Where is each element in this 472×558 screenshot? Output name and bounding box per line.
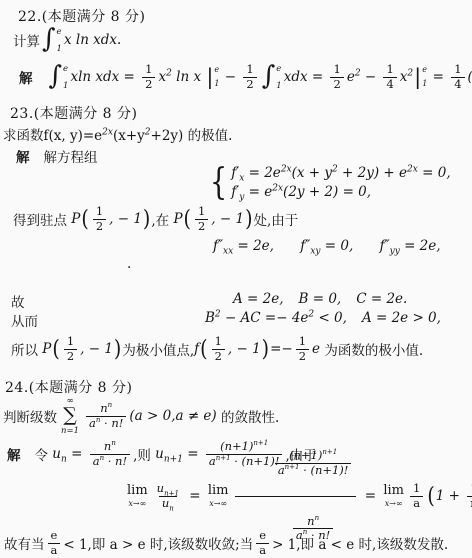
right-paren-icon: ) xyxy=(262,336,269,362)
math-text: (e xyxy=(468,69,472,85)
summation-sign: ∞ ∑ n=1 xyxy=(61,396,79,436)
math-text: u xyxy=(52,446,61,462)
left-paren-icon: ( xyxy=(200,336,207,362)
limit-operator: lim x→∞ xyxy=(127,484,148,508)
integral-sign: ∫ e 1 xyxy=(42,26,62,54)
fraction: (n+1)n+1 an+1 · (n+1)! xyxy=(275,449,352,478)
scanned-math-solutions-page: 22.(本题满分 8 分) 计算 ∫ e 1 x ln xdx. 解 ∫ e 1… xyxy=(0,0,472,558)
bar-limits: e 1 xyxy=(214,65,219,89)
math-text: , − 1 xyxy=(80,341,113,357)
integral-lower-limit: 1 xyxy=(57,45,62,54)
solution-label: 解 xyxy=(19,67,33,87)
q22-prompt-text: 计算 xyxy=(13,30,40,50)
fraction-denominator: 2 xyxy=(296,349,309,364)
fraction-numerator: 1 xyxy=(383,63,396,77)
fraction-denominator: 2 xyxy=(212,349,225,364)
math-text: xdx = xyxy=(284,69,328,85)
right-paren-icon: ) xyxy=(245,206,252,232)
cjk-text: 得到驻点 xyxy=(13,209,71,229)
fraction-denominator: n xyxy=(467,496,472,511)
sigma-icon: ∑ xyxy=(63,406,77,426)
cjk-text: < 1,即 a > e 时,该级数收敛;当 xyxy=(63,533,253,553)
math-text: − xyxy=(361,69,381,85)
math-text: e xyxy=(312,341,324,357)
math-text: ln x xyxy=(172,69,206,85)
math-text: A = 2e, xyxy=(233,291,284,307)
fraction-numerator: 1 xyxy=(64,335,77,349)
math-text: = 2e xyxy=(244,165,280,181)
bar-upper-limit: e xyxy=(214,66,219,74)
lim-text: lim xyxy=(383,484,404,499)
math-text: C = 2e. xyxy=(356,291,407,307)
cjk-text: 处,由于 xyxy=(253,209,298,229)
q23-second-derivatives: f″xx = 2e, f″xy = 0, f″yy = 2e, xyxy=(213,238,441,254)
math-text: = xyxy=(183,446,203,462)
fraction: 1 2 xyxy=(330,63,343,92)
math-text: f″ xyxy=(300,238,310,254)
cjk-text: ,在 xyxy=(151,209,173,229)
math-text: xln xdx = xyxy=(70,69,139,85)
fraction: un+1 un xyxy=(154,482,182,511)
bar-icon: | xyxy=(414,67,421,88)
superscript: 2x xyxy=(102,128,113,138)
solution-label: 解 xyxy=(16,150,30,166)
q23-solution-intro: 解解方程组 xyxy=(16,146,98,166)
integral-limits: e 1 xyxy=(56,26,62,54)
fraction-numerator: e xyxy=(48,529,61,543)
math-text: u xyxy=(157,481,164,495)
fraction-numerator: (n+1)n+1 xyxy=(286,449,340,463)
q23-prompt-text: (x+y xyxy=(113,128,145,144)
bar-lower-limit: 1 xyxy=(422,80,427,88)
left-brace-icon: { xyxy=(210,161,227,203)
fraction-denominator: un xyxy=(159,496,177,511)
math-text: P xyxy=(173,211,182,227)
integral-limits: e 1 xyxy=(275,63,281,91)
math-text: P xyxy=(42,341,51,357)
math-text: 1 + xyxy=(436,488,464,504)
math-text: e xyxy=(347,69,355,85)
bar-limits: e 1 xyxy=(422,65,427,89)
math-text: , − 1 xyxy=(211,211,244,227)
fraction: 1 4 xyxy=(451,63,464,92)
bar-lower-limit: 1 xyxy=(214,80,219,88)
fraction-numerator: 1 xyxy=(243,63,256,77)
math-group: − xyxy=(221,69,241,85)
math-group: e2 − xyxy=(347,69,381,85)
q24-conclusion: 故有当 e a < 1,即 a > e 时,该级数收敛;当 e a > 1,即 … xyxy=(4,527,448,558)
superscript: 2x xyxy=(272,183,283,193)
left-paren-icon: ( xyxy=(427,483,434,509)
system-line-1: f′x = 2e2x(x + y2 + 2y) + e2x = 0, xyxy=(231,165,450,181)
fraction: e a xyxy=(48,529,61,558)
math-group: P xyxy=(71,211,80,227)
fraction-numerator: 1 xyxy=(212,335,225,349)
evaluation-bar: | e 1 xyxy=(414,65,427,89)
nested-fraction-top: (n+1)n+1 an+1 · (n+1)! xyxy=(235,433,356,497)
fraction-denominator: 2 xyxy=(243,77,256,92)
fraction-denominator: 2 xyxy=(195,219,208,234)
evaluation-bar: | e 1 xyxy=(206,65,219,89)
fraction: 1 2 xyxy=(243,63,256,92)
cjk-text: 故有当 xyxy=(4,533,45,553)
math-text: · n! xyxy=(100,416,123,430)
cjk-text: 为函数的极小值. xyxy=(324,339,423,359)
math-text: − AC =− 4e xyxy=(221,310,309,326)
math-group: P xyxy=(173,211,182,227)
fraction-numerator: 1 xyxy=(296,335,309,349)
math-text: = xyxy=(67,446,87,462)
math-group: , − 1 xyxy=(109,211,142,227)
integral-sign: ∫ e 1 xyxy=(262,63,282,91)
subscript: n xyxy=(169,504,174,512)
math-text: P xyxy=(71,211,80,227)
math-text: f xyxy=(194,341,199,357)
math-text: =− xyxy=(270,341,293,357)
fraction-numerator: 1 xyxy=(467,482,472,496)
q23-prompt-text: 求函数f(x, y)=e xyxy=(3,128,102,144)
integral-sign: ∫ e 1 xyxy=(49,63,69,91)
fraction-denominator: an · n! xyxy=(86,416,126,431)
fraction: 1 a xyxy=(410,482,423,511)
fraction: e a xyxy=(256,529,269,558)
fraction-numerator: 1 xyxy=(142,63,155,77)
math-text: (2y + 2) = 0, xyxy=(283,184,371,200)
math-text: = 2e, xyxy=(400,238,441,254)
q22-solution-line: 解 ∫ e 1 xln xdx = 1 2 x2 ln x | e 1 − 1 … xyxy=(19,60,472,94)
fraction-denominator: a xyxy=(48,543,61,558)
left-paren-icon: ( xyxy=(52,336,59,362)
superscript: n+1 xyxy=(285,463,300,471)
math-text: = xyxy=(428,69,448,85)
integral-upper-limit: e xyxy=(63,65,68,74)
fraction-denominator: 4 xyxy=(451,77,464,92)
abc-values: A = 2e,B = 0,C = 2e. xyxy=(233,291,407,307)
math-text: x xyxy=(158,69,166,85)
integral-icon: ∫ xyxy=(49,63,63,89)
math-text: (a > 0,a ≠ e) xyxy=(129,408,216,424)
superscript: n xyxy=(315,514,320,522)
math-text: x ln xdx. xyxy=(64,32,121,48)
abc-label: 故 xyxy=(11,291,25,311)
lim-subscript: x→∞ xyxy=(209,499,227,508)
fraction: 1 2 xyxy=(296,335,309,364)
lim-text: lim xyxy=(127,484,148,499)
math-text: B = 0, xyxy=(299,291,342,307)
integral-limits: e 1 xyxy=(62,63,68,91)
superscript: n xyxy=(108,401,113,409)
math-text: = 0, xyxy=(418,165,451,181)
q23-conclusion: 所以 P ( 1 2 , − 1 ) 为极小值点, f ( 1 2 , − 1 … xyxy=(11,332,423,366)
math-group: f xyxy=(194,341,199,357)
derivative-term: f″yy = 2e, xyxy=(380,238,441,254)
discriminant-values: B2 − AC =− 4e2 < 0,A = 2e > 0, xyxy=(205,310,441,326)
cjk-text: 为极小值点, xyxy=(122,339,194,359)
integrand: x ln xdx. xyxy=(64,32,121,48)
limit-operator: lim x→∞ xyxy=(208,484,229,508)
q22-prompt: 计算 ∫ e 1 x ln xdx. xyxy=(13,26,121,54)
q22-title: 22.(本题满分 8 分) xyxy=(18,6,146,26)
superscript: 2x xyxy=(407,164,418,174)
math-text: = xyxy=(185,488,205,504)
fraction-numerator: 1 xyxy=(93,205,106,219)
fraction-numerator: 1 xyxy=(451,63,464,77)
math-group: = xyxy=(185,488,205,504)
math-group: x2 xyxy=(400,69,413,85)
system-line-2: f′y = e2x(2y + 2) = 0, xyxy=(231,184,450,200)
math-text: = 2e, xyxy=(233,238,274,254)
fraction-numerator: nn xyxy=(97,402,115,416)
integral-lower-limit: 1 xyxy=(63,82,68,91)
cjk-text: ,则 xyxy=(133,444,155,464)
limit-operator: lim x→∞ xyxy=(383,484,404,508)
derivative-term: f″xy = 0, xyxy=(300,238,353,254)
superscript: n+1 xyxy=(216,454,231,462)
fraction-denominator: 2 xyxy=(330,77,343,92)
fraction: nn an · n! xyxy=(86,402,126,431)
fraction: 1 2 xyxy=(195,205,208,234)
superscript: 2x xyxy=(281,164,292,174)
math-text: = xyxy=(360,488,380,504)
q23-stationary-point-line: 得到驻点 P ( 1 2 , − 1 ) ,在 P ( 1 2 , − 1 ) … xyxy=(13,202,298,236)
superscript: n xyxy=(111,439,116,447)
q24-prompt: 判断级数 ∞ ∑ n=1 nn an · n! (a > 0,a ≠ e) 的敛… xyxy=(3,396,279,436)
subscript: yy xyxy=(390,247,400,257)
fraction-denominator: an+1 · (n+1)! xyxy=(275,463,352,478)
right-paren-icon: ) xyxy=(143,206,150,232)
math-text: a xyxy=(93,454,100,468)
lim-subscript: x→∞ xyxy=(128,499,146,508)
lim-subscript: x→∞ xyxy=(385,499,403,508)
fraction: 1 n xyxy=(467,482,472,511)
integral-upper-limit: e xyxy=(57,28,62,37)
math-text: B xyxy=(205,310,215,326)
integral-upper-limit: e xyxy=(276,65,281,74)
math-text: A = 2e > 0, xyxy=(362,310,441,326)
math-text: − xyxy=(221,69,241,85)
math-text: f″ xyxy=(380,238,390,254)
fraction: 1 2 xyxy=(93,205,106,234)
fraction-denominator: 2 xyxy=(142,77,155,92)
math-group: =− xyxy=(270,341,293,357)
cjk-text: 所以 xyxy=(11,339,42,359)
q23-title: 23.(本题满分 8 分) xyxy=(10,103,138,123)
q23-prompt-text: +2y) 的极值. xyxy=(151,128,233,144)
math-text: a xyxy=(278,463,285,477)
fraction-numerator: 1 xyxy=(410,482,423,496)
fraction-numerator: nn xyxy=(101,440,119,454)
math-group: un = xyxy=(52,446,86,462)
fraction-numerator: e xyxy=(256,529,269,543)
math-text: (x + y xyxy=(292,165,332,181)
math-text: , − 1 xyxy=(109,211,142,227)
math-group: P xyxy=(42,341,51,357)
fraction: 1 2 xyxy=(212,335,225,364)
math-text: (n+1) xyxy=(289,448,322,462)
lim-text: lim xyxy=(208,484,229,499)
fraction: 1 2 xyxy=(64,335,77,364)
math-group: = xyxy=(360,488,380,504)
system-lines: f′x = 2e2x(x + y2 + 2y) + e2x = 0, f′y =… xyxy=(231,165,450,200)
sum-lower-limit: n=1 xyxy=(61,426,79,436)
cjk-text: 判断级数 xyxy=(3,406,57,426)
math-text: a xyxy=(89,416,96,430)
superscript: 2 xyxy=(407,69,413,79)
q23-equation-system: { f′x = 2e2x(x + y2 + 2y) + e2x = 0, f′y… xyxy=(210,161,451,203)
math-text: n xyxy=(100,401,107,415)
discriminant-label: 从而 xyxy=(11,310,38,330)
math-text: = e xyxy=(244,184,272,200)
fraction-numerator: 1 xyxy=(330,63,343,77)
math-text: u xyxy=(155,446,164,462)
subscript: n+1 xyxy=(164,455,183,465)
fraction: nn an · n! xyxy=(90,440,130,469)
solution-label: 解 xyxy=(7,444,21,464)
integral-icon: ∫ xyxy=(262,63,276,89)
cjk-text: 的敛散性. xyxy=(217,406,280,426)
math-text: + 2y) + e xyxy=(338,165,407,181)
math-group: 1 + xyxy=(436,488,464,504)
fraction: 1 4 xyxy=(383,63,396,92)
math-text: · (n+1)! xyxy=(300,463,349,477)
fraction-numerator: 1 xyxy=(195,205,208,219)
fraction-denominator: 2 xyxy=(64,349,77,364)
fraction: 1 2 xyxy=(142,63,155,92)
left-paren-icon: ( xyxy=(184,206,191,232)
math-group: , − 1 xyxy=(211,211,244,227)
fraction-denominator: 2 xyxy=(93,219,106,234)
math-group: xdx = xyxy=(284,69,328,85)
derivative-term: f″xx = 2e, xyxy=(213,238,274,254)
cjk-text: 令 xyxy=(35,444,53,464)
cjk-text: > 1,即 a < e 时,该级数发散. xyxy=(272,533,448,553)
fraction-denominator: 4 xyxy=(383,77,396,92)
q24-title: 24.(本题满分 8 分) xyxy=(5,377,133,397)
fraction-numerator: un+1 xyxy=(154,482,182,496)
math-text: < 0, xyxy=(314,310,347,326)
math-text: , − 1 xyxy=(228,341,261,357)
math-group: e xyxy=(312,341,324,357)
bar-upper-limit: e xyxy=(422,66,427,74)
left-paren-icon: ( xyxy=(81,206,88,232)
math-group: xln xdx = xyxy=(70,69,139,85)
bar-icon: | xyxy=(206,67,213,88)
math-text: f″ xyxy=(213,238,223,254)
math-group: , − 1 xyxy=(80,341,113,357)
math-group: un+1 = xyxy=(155,446,203,462)
math-text: = 0, xyxy=(320,238,353,254)
subscript: xx xyxy=(223,247,233,257)
math-text: n xyxy=(307,514,314,528)
integral-icon: ∫ xyxy=(42,26,56,52)
math-group: x2 ln x xyxy=(158,69,205,85)
fraction-denominator: a xyxy=(410,496,423,511)
math-group: , − 1 xyxy=(228,341,261,357)
superscript: n+1 xyxy=(322,448,337,456)
integral-lower-limit: 1 xyxy=(276,82,281,91)
intro-text: 解方程组 xyxy=(44,150,98,166)
q24-limit-line: lim x→∞ un+1 un = lim x→∞ (n+1)n+1 an+1 … xyxy=(124,466,472,526)
subscript: xy xyxy=(310,247,320,257)
math-group: (e2 + 1). xyxy=(468,69,472,85)
stray-mark: . xyxy=(127,256,131,272)
math-group: (a > 0,a ≠ e) xyxy=(129,408,216,424)
math-group: = xyxy=(428,69,448,85)
fraction-denominator: a xyxy=(256,543,269,558)
q23-prompt: 求函数f(x, y)=e2x(x+y2+2y) 的极值. xyxy=(3,124,232,144)
right-paren-icon: ) xyxy=(114,336,121,362)
